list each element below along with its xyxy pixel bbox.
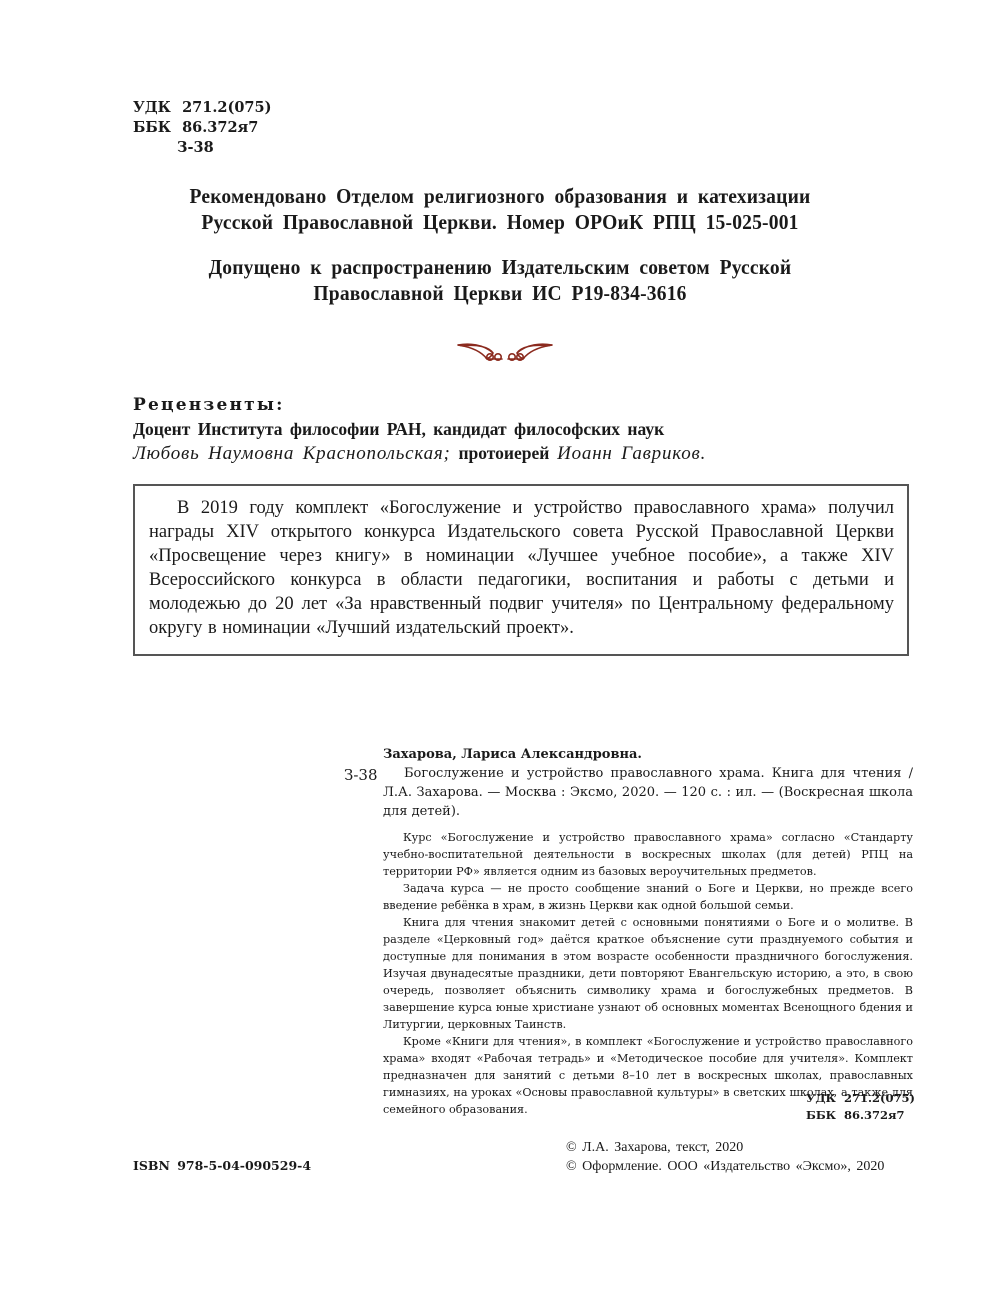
udk-value: 271.2(075) <box>844 1091 915 1105</box>
udk-value: 271.2(075) <box>182 99 271 116</box>
udk-label: УДК <box>806 1090 840 1107</box>
reviewer-2-name: Иоанн Гавриков. <box>557 443 706 464</box>
copyright-text: © Л.А. Захарова, текст, 2020 <box>566 1139 884 1158</box>
bbk-label: ББК <box>133 118 177 138</box>
author-mark: З-38 <box>133 138 271 158</box>
copyright-design: © Оформление. ООО «Издательство «Эксмо»,… <box>566 1158 884 1177</box>
award-notice-box: В 2019 году комплект «Богослужение и уст… <box>133 484 909 656</box>
recommendation-religious-education: Рекомендовано Отделом религиозного образ… <box>100 183 900 235</box>
udk-row: УДК 271.2(075) <box>806 1090 915 1107</box>
bbk-value: 86.372я7 <box>182 119 258 136</box>
bbk-label: ББК <box>806 1107 840 1124</box>
recommendation-line: Допущено к распространению Издательским … <box>128 254 872 280</box>
reviewers-heading: Рецензенты: <box>133 393 913 417</box>
classification-block-bottom: УДК 271.2(075) ББК 86.372я7 <box>806 1090 915 1124</box>
bbk-row: ББК 86.372я7 <box>806 1107 915 1124</box>
annotation-paragraph: Задача курса — не просто сообщение знани… <box>383 880 913 914</box>
biblio-annotation: Курс «Богослужение и устройство правосла… <box>383 829 913 1118</box>
bbk-value: 86.372я7 <box>844 1108 905 1122</box>
classification-block: УДК 271.2(075) ББК 86.372я7 З-38 <box>133 98 271 158</box>
udk-label: УДК <box>133 98 177 118</box>
annotation-paragraph: Книга для чтения знакомит детей с основн… <box>383 914 913 1033</box>
reviewers-section: Рецензенты: Доцент Института философии Р… <box>133 393 913 466</box>
isbn: ISBN 978-5-04-090529-4 <box>133 1157 311 1174</box>
biblio-author-mark: З-38 <box>344 766 378 785</box>
udk-row: УДК 271.2(075) <box>133 98 271 118</box>
recommendation-line: Православной Церкви ИС Р19-834-3616 <box>128 280 872 306</box>
decorative-flourish-icon <box>455 335 555 370</box>
bibliographic-record: Захарова, Лариса Александровна. З-38 Бог… <box>383 745 913 1118</box>
annotation-paragraph: Курс «Богослужение и устройство правосла… <box>383 829 913 880</box>
reviewer-position: Доцент Института философии РАН, кандидат… <box>133 417 913 441</box>
recommendation-publishing-council: Допущено к распространению Издательским … <box>100 254 900 306</box>
reviewer-1-name: Любовь Наумовна Краснопольская; <box>133 443 451 464</box>
biblio-title: Богослужение и устройство православного … <box>383 764 913 821</box>
award-text: В 2019 году комплект «Богослужение и уст… <box>149 496 894 640</box>
recommendation-line: Рекомендовано Отделом религиозного образ… <box>128 183 872 209</box>
reviewer-names: Любовь Наумовна Краснопольская; протоиер… <box>133 441 913 466</box>
reviewer-2-title: протоиерей <box>458 443 549 463</box>
copyright-block: © Л.А. Захарова, текст, 2020 © Оформлени… <box>566 1139 884 1176</box>
recommendation-line: Русской Православной Церкви. Номер ОРОиК… <box>128 209 872 235</box>
biblio-author: Захарова, Лариса Александровна. <box>383 745 913 764</box>
bbk-row: ББК 86.372я7 <box>133 118 271 138</box>
